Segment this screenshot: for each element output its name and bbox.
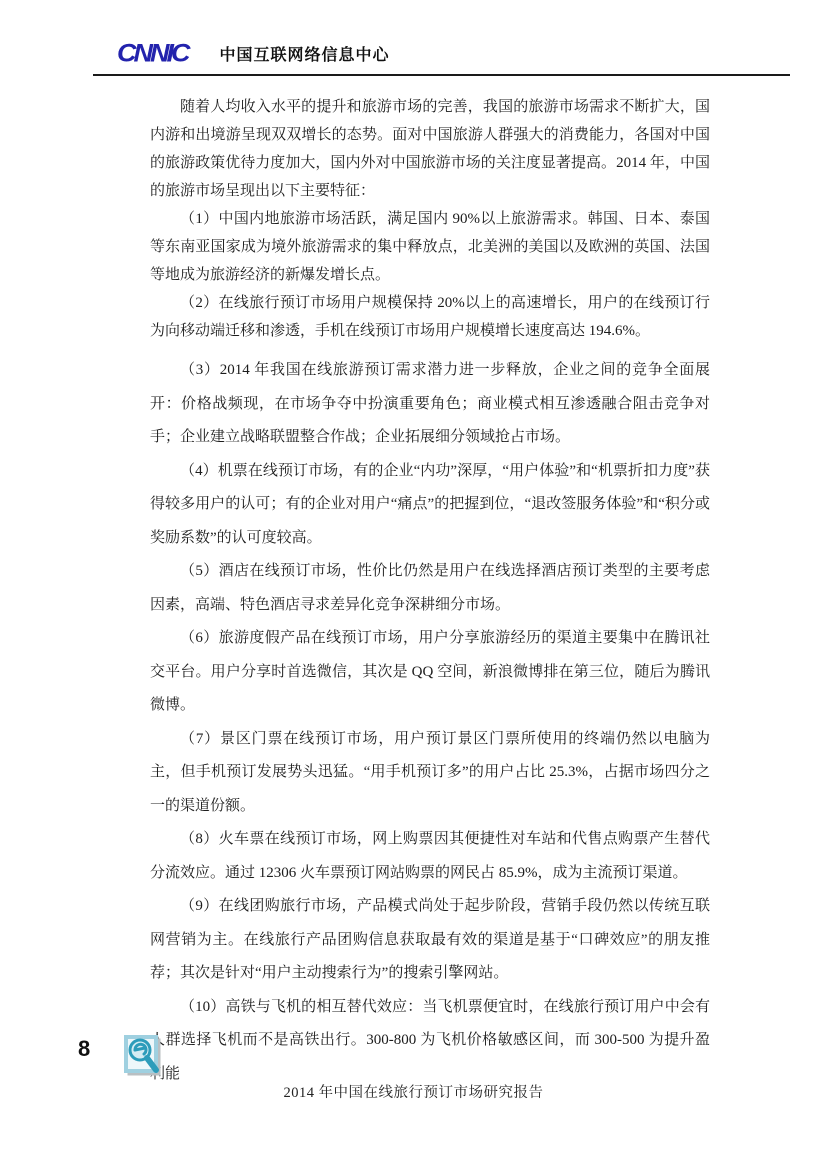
page-number: 8 [78,1036,90,1062]
paragraph-10: （10）高铁与飞机的相互替代效应：当飞机票便宜时，在线旅行预订用户中会有人群选择… [150,991,710,1092]
body-section-a: 随着人均收入水平的提升和旅游市场的完善，我国的旅游市场需求不断扩大，国内游和出境… [150,93,710,345]
report-body: 随着人均收入水平的提升和旅游市场的完善，我国的旅游市场需求不断扩大，国内游和出境… [150,93,710,1091]
paragraph-3: （3）2014 年我国在线旅游预订需求潜力进一步释放，企业之间的竞争全面展开：价… [150,354,710,455]
footer-report-title: 2014 年中国在线旅行预订市场研究报告 [0,1081,827,1102]
paragraph-7: （7）景区门票在线预订市场，用户预订景区门票所使用的终端仍然以电脑为主，但手机预… [150,723,710,824]
body-section-b: （3）2014 年我国在线旅游预订需求潜力进一步释放，企业之间的竞争全面展开：价… [150,354,710,1091]
paragraph-9: （9）在线团购旅行市场，产品模式尚处于起步阶段，营销手段仍然以传统互联网营销为主… [150,890,710,991]
page-header: CNNIC 中国互联网络信息中心 [93,40,790,76]
report-page: CNNIC 中国互联网络信息中心 随着人均收入水平的提升和旅游市场的完善，我国的… [0,0,827,1169]
paragraph-2: （2）在线旅行预订市场用户规模保持 20%以上的高速增长，用户的在线预订行为向移… [150,289,710,345]
magnifier-logo-icon [122,1034,168,1080]
paragraph-1: （1）中国内地旅游市场活跃，满足国内 90%以上旅游需求。韩国、日本、泰国等东南… [150,205,710,289]
cnnic-logo: CNNIC [117,41,188,66]
paragraph-6: （6）旅游度假产品在线预订市场，用户分享旅游经历的渠道主要集中在腾讯社交平台。用… [150,622,710,723]
paragraph-4: （4）机票在线预订市场，有的企业“内功”深厚，“用户体验”和“机票折扣力度”获得… [150,455,710,556]
org-name: 中国互联网络信息中心 [220,42,390,65]
paragraph-8: （8）火车票在线预订市场，网上购票因其便捷性对车站和代售点购票产生替代分流效应。… [150,823,710,890]
paragraph-5: （5）酒店在线预订市场，性价比仍然是用户在线选择酒店预订类型的主要考虑因素，高端… [150,555,710,622]
paragraph-intro: 随着人均收入水平的提升和旅游市场的完善，我国的旅游市场需求不断扩大，国内游和出境… [150,93,710,205]
